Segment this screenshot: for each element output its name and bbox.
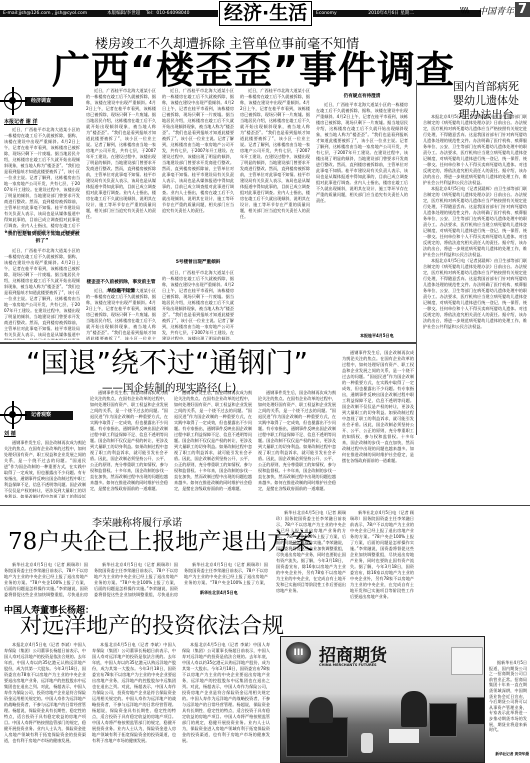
article1-subhead5: 仍有疑点有待澄清 <box>316 92 408 101</box>
article1-col3: 近日，广西桂平市北海大道某小区的一栋楼房在竣工后不久就被拆除，据称，该楼在建设中… <box>162 88 234 238</box>
article3-col4: 新华社北京4月5日电（记者 顾瑞珍）国务院国资委主任李荣融日前表示，78户不以房… <box>276 510 346 636</box>
photo-credit: 新华社记者 黄荣华摄 <box>489 752 529 757</box>
article4-col3: 本报北京4月5日电（记者 李斌）中国人寿保险（集团）公司董事长杨超日前表示，中国… <box>182 642 270 763</box>
article4-col2: 本报北京4月5日电（记者 李斌）中国人寿保险（集团）公司董事长杨超日前表示，中国… <box>92 642 176 763</box>
article1-col4: 近日，广西桂平市北海大道某小区的一栋楼房在竣工后不久就被拆除，据称，该楼在建设中… <box>240 88 310 340</box>
article2-col1: 通钢事件发生后，国企改制再次成为舆论关注的焦点。在国有企业改革的过程中，如何处理… <box>4 440 86 498</box>
section-divider-1 <box>0 342 416 344</box>
editor-credit: 本版编辑/李世超 <box>107 11 140 16</box>
masthead-left-bar: E-mail:jjsh@126.com , jjsh@cyol.com 本版编辑… <box>0 10 218 17</box>
article3-col3: 新华社北京4月5日电（记者 顾瑞珍）国务院国资委主任李荣融日前表示，78户不以房… <box>184 562 268 586</box>
section-title: 经济·生活 <box>219 1 312 26</box>
article1-subhead3: 5号楼曾出现严重倾斜 <box>162 258 234 267</box>
crosshair-icon <box>4 406 22 424</box>
article2-col5: 通钢事件发生后，国企改制再次成为舆论关注的焦点。在国有企业改革的过程中，如何处理… <box>342 350 414 498</box>
article1-col2: 近日，广西桂平市北海大道某小区的一栋楼房在竣工后不久就被拆除，据称，该楼在建设中… <box>86 88 156 278</box>
article1-col2b: 近日，广西桂平市北海大道某小区的一栋楼房在竣工后不久就被拆除，据称，该楼在建设中… <box>86 288 156 340</box>
article1-col3b: 近日，广西桂平市北海大道某小区的一栋楼房在竣工后不久就被拆除，据称，该楼在建设中… <box>162 270 234 340</box>
crosshair-icon <box>4 92 22 110</box>
contact-tel: Tel：010-64098040 <box>146 11 190 16</box>
news-photo: III 招商期货 CHINA MERCHANTS FUTURES <box>280 636 485 763</box>
photo-sign-en: CHINA MERCHANTS FUTURES <box>319 663 377 667</box>
sidebar1-body: 本报北京4月5日电（记者邱晨辉）由卫生部等部门联合制定的《病死婴幼儿遗体处理办法… <box>423 114 527 509</box>
monitor-left <box>286 717 348 757</box>
article2-col2: 通钢事件发生后，国企改制再次成为舆论关注的焦点。在国有企业改革的过程中，如何处理… <box>90 390 168 498</box>
section-en: Economy <box>316 11 337 16</box>
company-logo-icon: III <box>286 642 311 664</box>
article1-byline: 本报记者 谢 洋 <box>4 118 37 125</box>
sidebar-divider <box>416 80 417 435</box>
article1-subhead1: “我们也是看到报纸才知道此楼要被拆了” <box>4 232 80 245</box>
article3-col2: 新华社北京4月5日电（记者 顾瑞珍）国务院国资委主任李荣融日前表示，78户不以房… <box>94 562 178 598</box>
page-number: 7 <box>515 2 530 17</box>
slash-decoration: \\\\\ <box>460 6 468 15</box>
monitor-center <box>429 703 457 737</box>
article3-signoff: 新华社北京4月5日电 <box>200 590 238 596</box>
article4-col1: 本报北京4月5日电（记者 李斌）中国人寿保险（集团）公司董事长杨超日前表示，中国… <box>4 642 86 763</box>
article2-col4: 通钢事件发生后，国企改制再次成为舆论关注的焦点。在国有企业改革的过程中，如何处理… <box>258 390 336 498</box>
issue-weekday: 星期二 <box>400 11 414 16</box>
person-left <box>309 697 333 723</box>
article2-headline: “国退”绕不过“通钢门” <box>26 348 308 378</box>
section-divider-2 <box>0 505 530 506</box>
printer <box>389 729 419 743</box>
article1-headline: 广西“楼歪歪”事件调查 <box>52 50 455 90</box>
tag-label: 经济调查 <box>25 97 73 106</box>
photo-caption: 据新华社4月5日报道，国内期货公司之一招商期货公司目前营业正常。招商局集团十年来… <box>489 660 527 750</box>
flower-pot <box>361 733 373 753</box>
article2-byline: 刘 循 <box>4 430 16 437</box>
tag-reporter-observation: 记者观察 <box>4 406 73 424</box>
article3-headline: 78户央企已上报地产退出方案 <box>8 528 313 556</box>
article3-kicker: 李荣融称将履行承诺 <box>92 514 182 529</box>
masthead-right-bar: Economy 2010年4月6日 星期二 <box>313 10 481 17</box>
article1-col1b: 近日，广西桂平市北海大道某小区的一栋楼房在竣工后不久就被拆除，据称，该楼在建设中… <box>4 248 80 340</box>
article2-col3: 通钢事件发生后，国企改制再次成为舆论关注的焦点。在国有企业改革的过程中，如何处理… <box>174 390 252 498</box>
article3-col5: 新华社北京4月5日电（记者 顾瑞珍）国务院国资委主任李荣融日前表示，78户不以房… <box>350 510 414 636</box>
person-right <box>401 691 427 727</box>
monitor-right <box>467 697 485 725</box>
article1-signoff: 本报桂平4月5日电 <box>360 333 394 339</box>
article1-col1: 近日，广西桂平市北海大道某小区的一栋楼房在竣工后不久就被拆除，据称，该楼在建设中… <box>4 127 80 233</box>
wall-scroll <box>451 647 483 675</box>
tag-label: 记者观察 <box>25 411 73 420</box>
issue-date: 2010年4月6日 <box>368 11 399 16</box>
contact-email: E-mail:jjsh@126.com , jjsh@cyol.com <box>3 11 87 16</box>
article1-col5: 近日，广西桂平市北海大道某小区的一栋楼房在竣工后不久就被拆除，据称，该楼在建设中… <box>316 102 408 330</box>
article3-col1: 新华社北京4月5日电（记者 顾瑞珍）国务院国资委主任李荣融日前表示，78户不以房… <box>4 562 88 598</box>
tag-economic-investigation: 经济调查 <box>4 92 73 110</box>
article4-headline: 对远洋地产的投资依法合规 <box>20 614 284 640</box>
